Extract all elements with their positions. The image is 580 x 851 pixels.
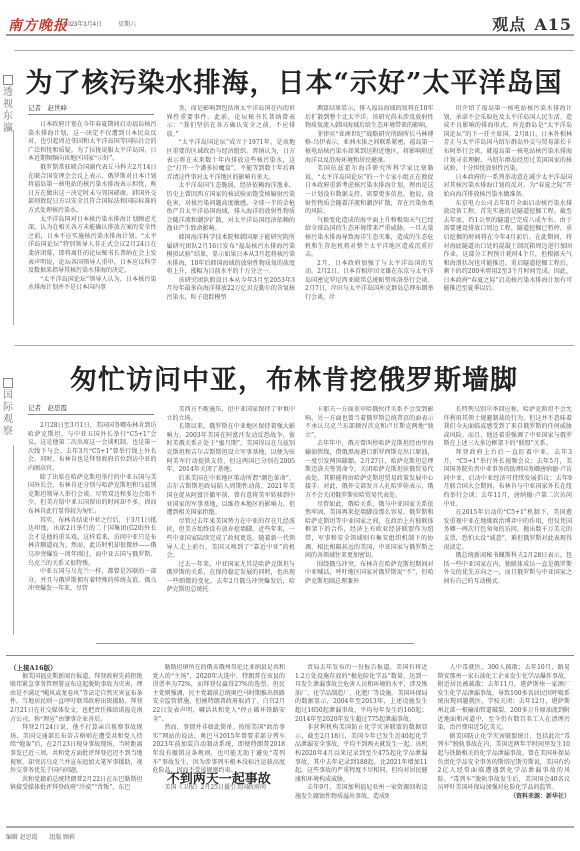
source-credit: （资料来源：新华社） <box>438 793 571 802</box>
article-column: 人中毒就医，300人疏散；去年10月，路易斯安那州一家石油化工企业发生化学品爆炸… <box>438 664 571 820</box>
article-column: 长特列乌别尔季回应称，哈萨克斯坦不会允许利用其领土规避制裁的行为，但这并不意味着… <box>444 406 573 637</box>
article-paragraph: 围绕俄乌冲突，布林肯在哈萨克斯坦期间对中亚喊话，呼吁地区国家对俄罗斯说“不”，但… <box>305 561 434 587</box>
article-column: 2月28日至3月1日，美国国务卿布林肯到访哈萨克斯坦，与中亚五国外长举行“C5+… <box>28 406 157 637</box>
article-column: 勒斯坦镇所在的俄亥俄州哥伦比亚纳县是共和党人的“主场”，2020年大选中，特朗普… <box>153 664 286 820</box>
article-paragraph: 拜登2月24日说，他不打算亲自视察事故现场。美国交通部长布蒂吉格则在遭受共和党人… <box>10 724 143 776</box>
continued-from-label: （上接A16版） <box>10 664 143 673</box>
article-paragraph: 日本政府计划在今年春夏期间启动福岛核污染水排海计划，这一决定不仅遭到日本民众反对… <box>28 121 157 164</box>
article-paragraph: 去年9月，美国加利福尼亚州一家资源回收设施发生腐蚀性物质溢出事故，造成9 <box>295 784 428 801</box>
article-column: 测算结果显示，排入福岛海域的氚将在10年后扩散到整个北太平洋。该研究尚未涉及放射… <box>305 105 434 327</box>
article-paragraph: 过去一年来，中亚国家尤其是哈萨克斯坦与俄罗斯的关系，在保持稳定发展的同时，也出现… <box>167 561 296 595</box>
article-paragraph: 中亚五国与乌克兰一样，都曾是苏联的一部分，并且与俄罗斯拥有着特殊的传统友谊。俄乌… <box>28 568 157 594</box>
article-paragraph: 菲律宾“亚洲世纪”战略研究所副所长马林博格-乌伊表示，亚洲水体之间联系紧密，福岛… <box>305 131 434 165</box>
newspaper-logo: 南方晚报 <box>8 15 68 35</box>
article-column: 美西方不断施压，但中亚国家保持了审慎中立的立场。长期以来，俄罗斯在中亚地区保持着… <box>167 406 296 637</box>
article-paragraph: 韩国海洋科学技术院和韩国原子能研究院所属研究团队2月16日发布“福岛核污水排海污… <box>167 234 296 277</box>
label-box-icon <box>3 75 13 85</box>
article-paragraph: 据美国防止化学灾害联盟统计，包括此次“毒列车”脱轨事故在内，美国近两年半时间里发… <box>438 733 571 793</box>
article-column: 责局去年发布的一份报告报道，美国有将近1.2万处设施存放的“极危险化学品”数量，… <box>295 664 428 820</box>
article-column: 务，而是影响到包括南太平洋岛国在内的世界性重要事件。此前，论坛秘书长普纳曾表示：… <box>167 105 296 327</box>
article-paragraph: 卡耶夫一方面重申哈俄伙伴关系不会受到影响，另一方面也曾当着俄罗斯总统普京的面表示… <box>305 406 434 440</box>
label-box-icon <box>3 378 13 388</box>
article-paragraph: “太平洋岛国论坛”领导人认为，日本核污染水排海计划并不是日本国内事 <box>28 276 157 293</box>
article-paragraph: 在2015年启动的“C5+1”机制下，美国愈发重视中亚在地缘政治博弈中的作用，但… <box>444 509 573 552</box>
article-paragraph: 非营利机构美国防止化学灾害联盟的数据显示，截至2月18日，美国今年已发生近40起… <box>295 724 428 784</box>
article-paragraph: 然而，事情并非如此简单。按照美国“政治事实”网站的说法，奥巴马2015年曾要求部… <box>153 724 286 776</box>
article-paragraph: 美国伍兹霍尔海洋研究所科学家比塞勒说，“太平洋岛国论坛”的一个专家小组正在敦促日… <box>305 165 434 217</box>
section-title: 观点A15 <box>492 12 572 35</box>
article-column: 日本政府计划在今年春夏期间启动福岛核污染水排海计划，这一决定不仅遭到日本民众反对… <box>28 105 157 327</box>
article-paragraph: 其实，布林肯结束中亚之行后，于3月1日抵达印度，出席2日举行的二十国集团(G20… <box>28 517 157 569</box>
article-paragraph: 除了出席在哈萨克斯坦举行的中亚五国与美国外长会，布林肯还分别与哈萨克斯坦和乌兹别… <box>28 474 157 517</box>
article-paragraph: 太平洋岛国生态脆弱，经济依赖海洋渔业，历史上曾因西方国家的核试验而饱受核辐射污染… <box>167 182 296 234</box>
article-paragraph: “太平洋岛国论坛”成立于1971年，是该地区重要的区域政治与经济组织。普纳认为，… <box>167 139 296 182</box>
divider-line <box>96 643 414 644</box>
page-footer: 编辑 赵思霞 组版 顾莉 <box>6 826 574 841</box>
article-headline: 匆忙访问中亚，布林肯挖俄罗斯墙脚 <box>14 358 574 397</box>
article-column: 田介绍了福岛第一核电站核污染水排海计划，承诺不会采取危及太平洋岛国人民生活、造成… <box>444 105 573 327</box>
article-headline: 为了核污染水排海，日本“示好”太平洋岛国 <box>14 61 574 100</box>
article-paragraph: 拜登政府上台后一直盯着中亚，去年3月，“C5+1”举行外长视频会议；去年5月，美… <box>444 449 573 509</box>
article-paragraph: 长特列乌别尔季回应称，哈萨克斯坦不会允许利用其领土规避制裁的行为，但这并不意味着… <box>444 406 573 449</box>
article-paragraph: 长期以来，俄罗斯在中亚地区保持着强大影响力。2003年美国在阿富汗发动反恐战争，… <box>167 423 296 475</box>
article-paragraph: 尽管如此，俄哈关系、俄与中亚国家关系依然牢固，美国再来挖墙脚没那么容易。俄罗斯和… <box>305 501 434 561</box>
layout-credit: 组版 顾莉 <box>49 835 75 841</box>
article-paragraph: 气候变化造成的海平面上升和极端天气已经给全球岛国的生态环境带来严重威胁，一旦大量… <box>305 217 434 260</box>
article-paragraph: 太平洋岛国对日本核污染水排海计划顾虑尤深，认为在相关各方未能确认排放方案的安全性… <box>28 216 157 276</box>
masthead: 南方晚报 2023年3月4日 星期六 观点A15 <box>6 10 574 36</box>
article-paragraph: 2月28日至3月1日，美国国务卿布林肯到访哈萨克斯坦，与中亚五国外长举行“C5+… <box>28 422 157 474</box>
article-paragraph: 据美国福克斯新闻台报道，拜登政府先前拒绝联邦紧急事务管理署宣布这起脱轨事故为灾害… <box>10 673 143 725</box>
article-column: （上接A16版）据美国福克斯新闻台报道，拜登政府先前拒绝联邦紧急事务管理署宣布这… <box>10 664 143 820</box>
article-paragraph: 后来美国在中亚地区策动所谓“颜色革命”，吉尔吉斯斯坦政局陷入周期性动荡。2021… <box>167 475 296 518</box>
article-column: 卡耶夫一方面重申哈俄伙伴关系不会受到影响，另一方面也曾当着俄罗斯总统普京的面表示… <box>305 406 434 637</box>
article-paragraph: 去年年中，俄方曾叫停哈萨克斯坦经由里海输油管线，借俄黑海港口新罗西斯克出口原油，… <box>305 440 434 500</box>
article-paragraph: 美国《卫报》2月25日援引美国政府问 <box>153 784 286 793</box>
article-blinken-central-asia: 匆忙访问中亚，布林肯挖俄罗斯墙脚 记者 赵思霞 2月28日至3月1日，美国国务卿… <box>14 345 574 641</box>
article-paragraph: 东京电力公司去年8月全面启动核污染水排放设备工程，首先实施的是隧道挖掘工程。截至… <box>444 200 573 295</box>
article-paragraph: 人中毒就医，300人疏散；去年10月，路易斯安那州一家石油化工企业发生化学品爆炸… <box>438 664 571 733</box>
section-name: 观点 <box>492 15 526 34</box>
article-paragraph: 该研究团队假设日本从今年3月至2053年3月每年最多向海洋排放22万亿贝克勒尔的… <box>167 277 296 303</box>
article-paragraph: 尽管过去年来美国势力在中亚的存在几经波折，但美方始终没有放弃挖墙脚。近些年来，一… <box>167 518 296 561</box>
article-columns: 日本政府计划在今年春夏期间启动福岛核污染水排海计划，这一决定不仅遭到日本民众反对… <box>28 105 572 327</box>
issue-date: 2023年3月4日 <box>64 19 102 28</box>
article-columns: 2月28日至3月1日，美国国务卿布林肯到访哈萨克斯坦，与中亚五国外长举行“C5+… <box>28 406 572 637</box>
page-number: A15 <box>534 15 572 34</box>
article-continuation: （上接A16版）据美国福克斯新闻台报道，拜登政府先前拒绝联邦紧急事务管理署宣布这… <box>6 655 574 824</box>
article-paragraph: 美西方不断施压，但中亚国家保持了审慎中立的立场。 <box>167 406 296 423</box>
editor-credit: 编辑 赵思霞 <box>6 835 38 841</box>
article-paragraph: 俄罗斯常驻联合国副代表丘马科夫2月14日在联合国安理会会议上表示，俄罗斯对日本计… <box>28 164 157 216</box>
article-paragraph: 务，而是影响到包括南太平洋岛国在内的世界性重要事件。此前，论坛秘书长普纳曾表示：… <box>167 105 296 139</box>
article-paragraph: 勒斯坦镇所在的俄亥俄州哥伦比亚纳县是共和党人的“主场”，2020年大选中，特朗普… <box>153 664 286 724</box>
article-paragraph: 责局去年发布的一份报告报道，美国有将近1.2万处设施存放的“极危险化学品”数量，… <box>295 664 428 724</box>
article-paragraph: 俄总统新闻秘书佩斯科夫2月28日表示，包括一些中亚国家在内，独联体成员一直是俄罗… <box>444 552 573 586</box>
issue-weekday: 星期六 <box>118 19 136 28</box>
article-paragraph: 2月，日本政府加强了与太平洋岛国的互动。2月2日，日本首相岸田文雄在东京与太平洋… <box>305 260 434 303</box>
article-paragraph: 共和党籍前总统特朗普2月22日在东巴勒斯坦镇接受媒体批评拜登政府“冷漠”“背叛”… <box>10 776 143 793</box>
article-nuclear-water: 为了核污染水排海，日本“示好”太平洋岛国 记者 赵世峰 日本政府计划在今年春夏期… <box>14 50 574 331</box>
article-columns: （上接A16版）据美国福克斯新闻台报道，拜登政府先前拒绝联邦紧急事务管理署宣布这… <box>10 664 570 820</box>
article-paragraph: 日本政府的一系列举动意在减少太平洋岛国对其核污染水排海计划的反对，为“春夏之际”… <box>444 174 573 200</box>
article-paragraph: 测算结果显示，排入福岛海域的氚将在10年后扩散到整个北太平洋。该研究尚未涉及放射… <box>305 105 434 131</box>
article-paragraph: 田介绍了福岛第一核电站核污染水排海计划，承诺不会采取危及太平洋岛国人民生活、造成… <box>444 105 573 174</box>
